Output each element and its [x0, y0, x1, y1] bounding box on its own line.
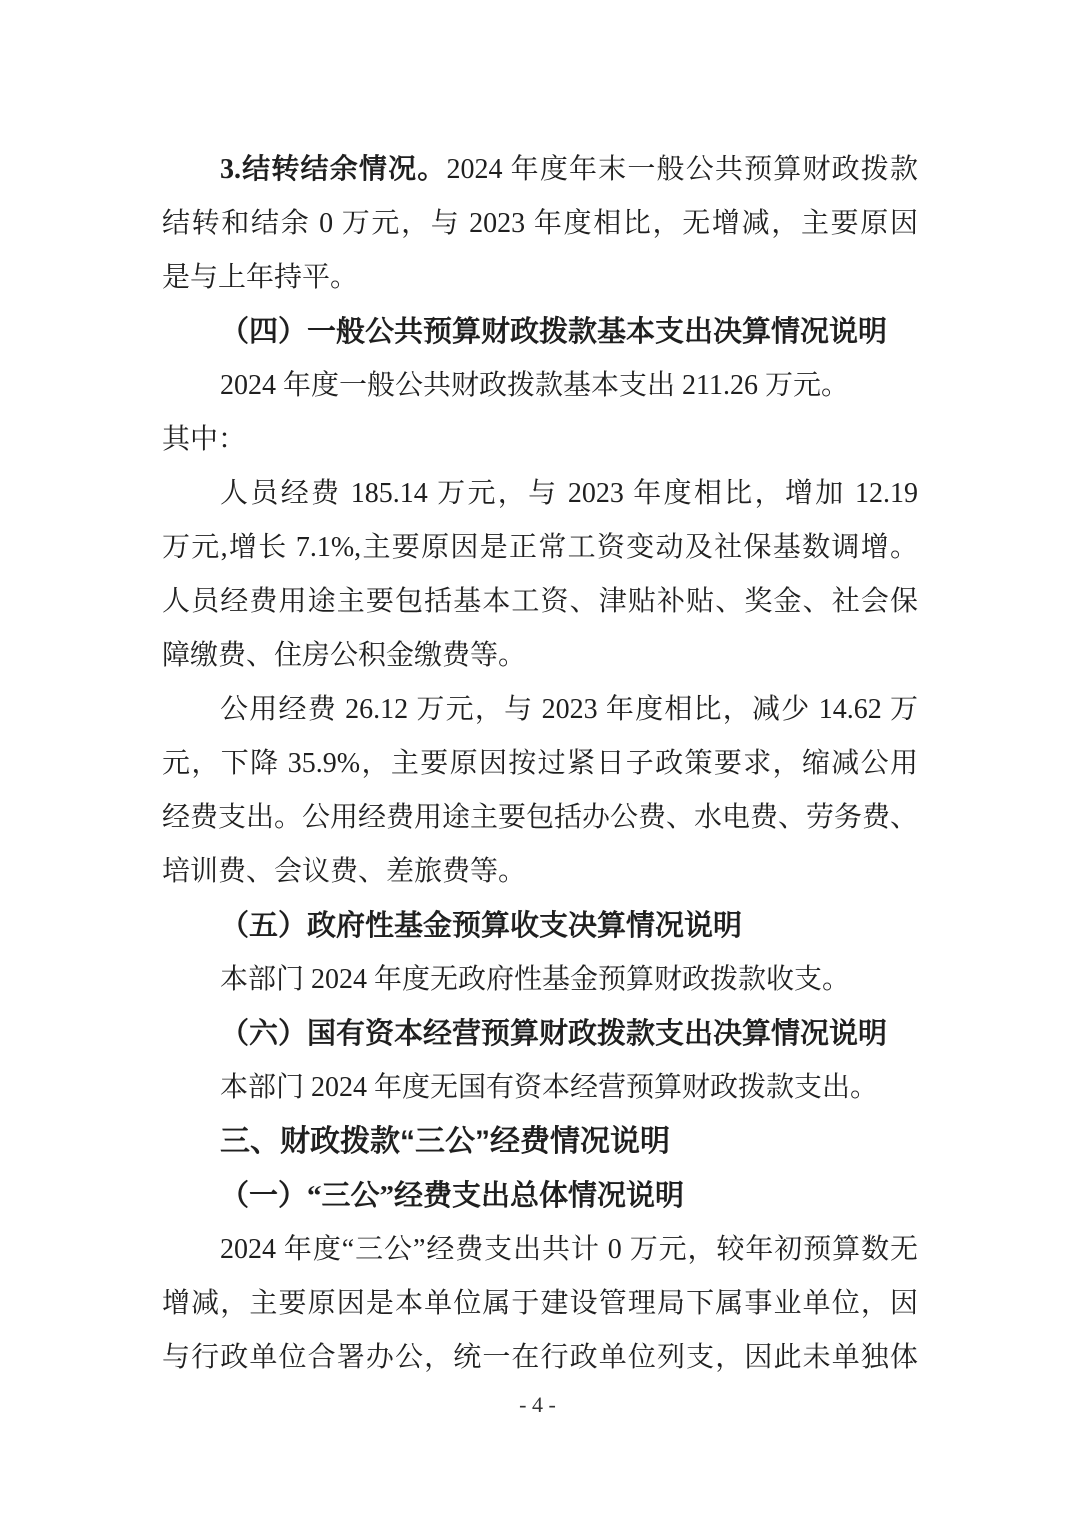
heading-section-6: （六）国有资本经营预算财政拨款支出决算情况说明 [162, 1007, 918, 1061]
body-line: 2024 年度“三公”经费支出共计 0 万元，较年初预算数无 [162, 1223, 918, 1277]
body-line: 本部门 2024 年度无政府性基金预算财政拨款收支。 [162, 953, 918, 1007]
body-line: 万元,增长 7.1%,主要原因是正常工资变动及社保基数调增。 [162, 521, 918, 575]
heading-section-5: （五）政府性基金预算收支决算情况说明 [162, 899, 918, 953]
heading-three-public-overview: （一）“三公”经费支出总体情况说明 [162, 1169, 918, 1223]
body-line: 人员经费用途主要包括基本工资、津贴补贴、奖金、社会保 [162, 575, 918, 629]
body-line: 增减，主要原因是本单位属于建设管理局下属事业单位，因 [162, 1277, 918, 1331]
body-line: 本部门 2024 年度无国有资本经营预算财政拨款支出。 [162, 1061, 918, 1115]
body-line: 元，下降 35.9%，主要原因按过紧日子政策要求，缩减公用 [162, 737, 918, 791]
body-line: 人员经费 185.14 万元，与 2023 年度相比，增加 12.19 [162, 467, 918, 521]
body-line: 公用经费 26.12 万元，与 2023 年度相比，减少 14.62 万 [162, 683, 918, 737]
body-line: 障缴费、住房公积金缴费等。 [162, 629, 918, 683]
bold-lead-text: 3.结转结余情况。 [220, 154, 446, 185]
line-text: 2024 年度年末一般公共预算财政拨款 [446, 154, 918, 185]
body-line: 培训费、会议费、差旅费等。 [162, 845, 918, 899]
body-line: 是与上年持平。 [162, 251, 918, 305]
page-number: - 4 - [0, 1390, 1075, 1420]
body-line: 其中： [162, 413, 918, 467]
document-page: 3.结转结余情况。2024 年度年末一般公共预算财政拨款 结转和结余 0 万元，… [0, 0, 1075, 1520]
document-body: 3.结转结余情况。2024 年度年末一般公共预算财政拨款 结转和结余 0 万元，… [162, 143, 918, 1385]
body-line: 结转和结余 0 万元，与 2023 年度相比，无增减，主要原因 [162, 197, 918, 251]
heading-three-public-funds: 三、财政拨款“三公”经费情况说明 [162, 1115, 918, 1169]
body-line: 2024 年度一般公共财政拨款基本支出 211.26 万元。 [162, 359, 918, 413]
heading-section-4: （四）一般公共预算财政拨款基本支出决算情况说明 [162, 305, 918, 359]
body-line: 经费支出。公用经费用途主要包括办公费、水电费、劳务费、 [162, 791, 918, 845]
body-line: 3.结转结余情况。2024 年度年末一般公共预算财政拨款 [162, 143, 918, 197]
body-line: 与行政单位合署办公，统一在行政单位列支，因此未单独体 [162, 1331, 918, 1385]
